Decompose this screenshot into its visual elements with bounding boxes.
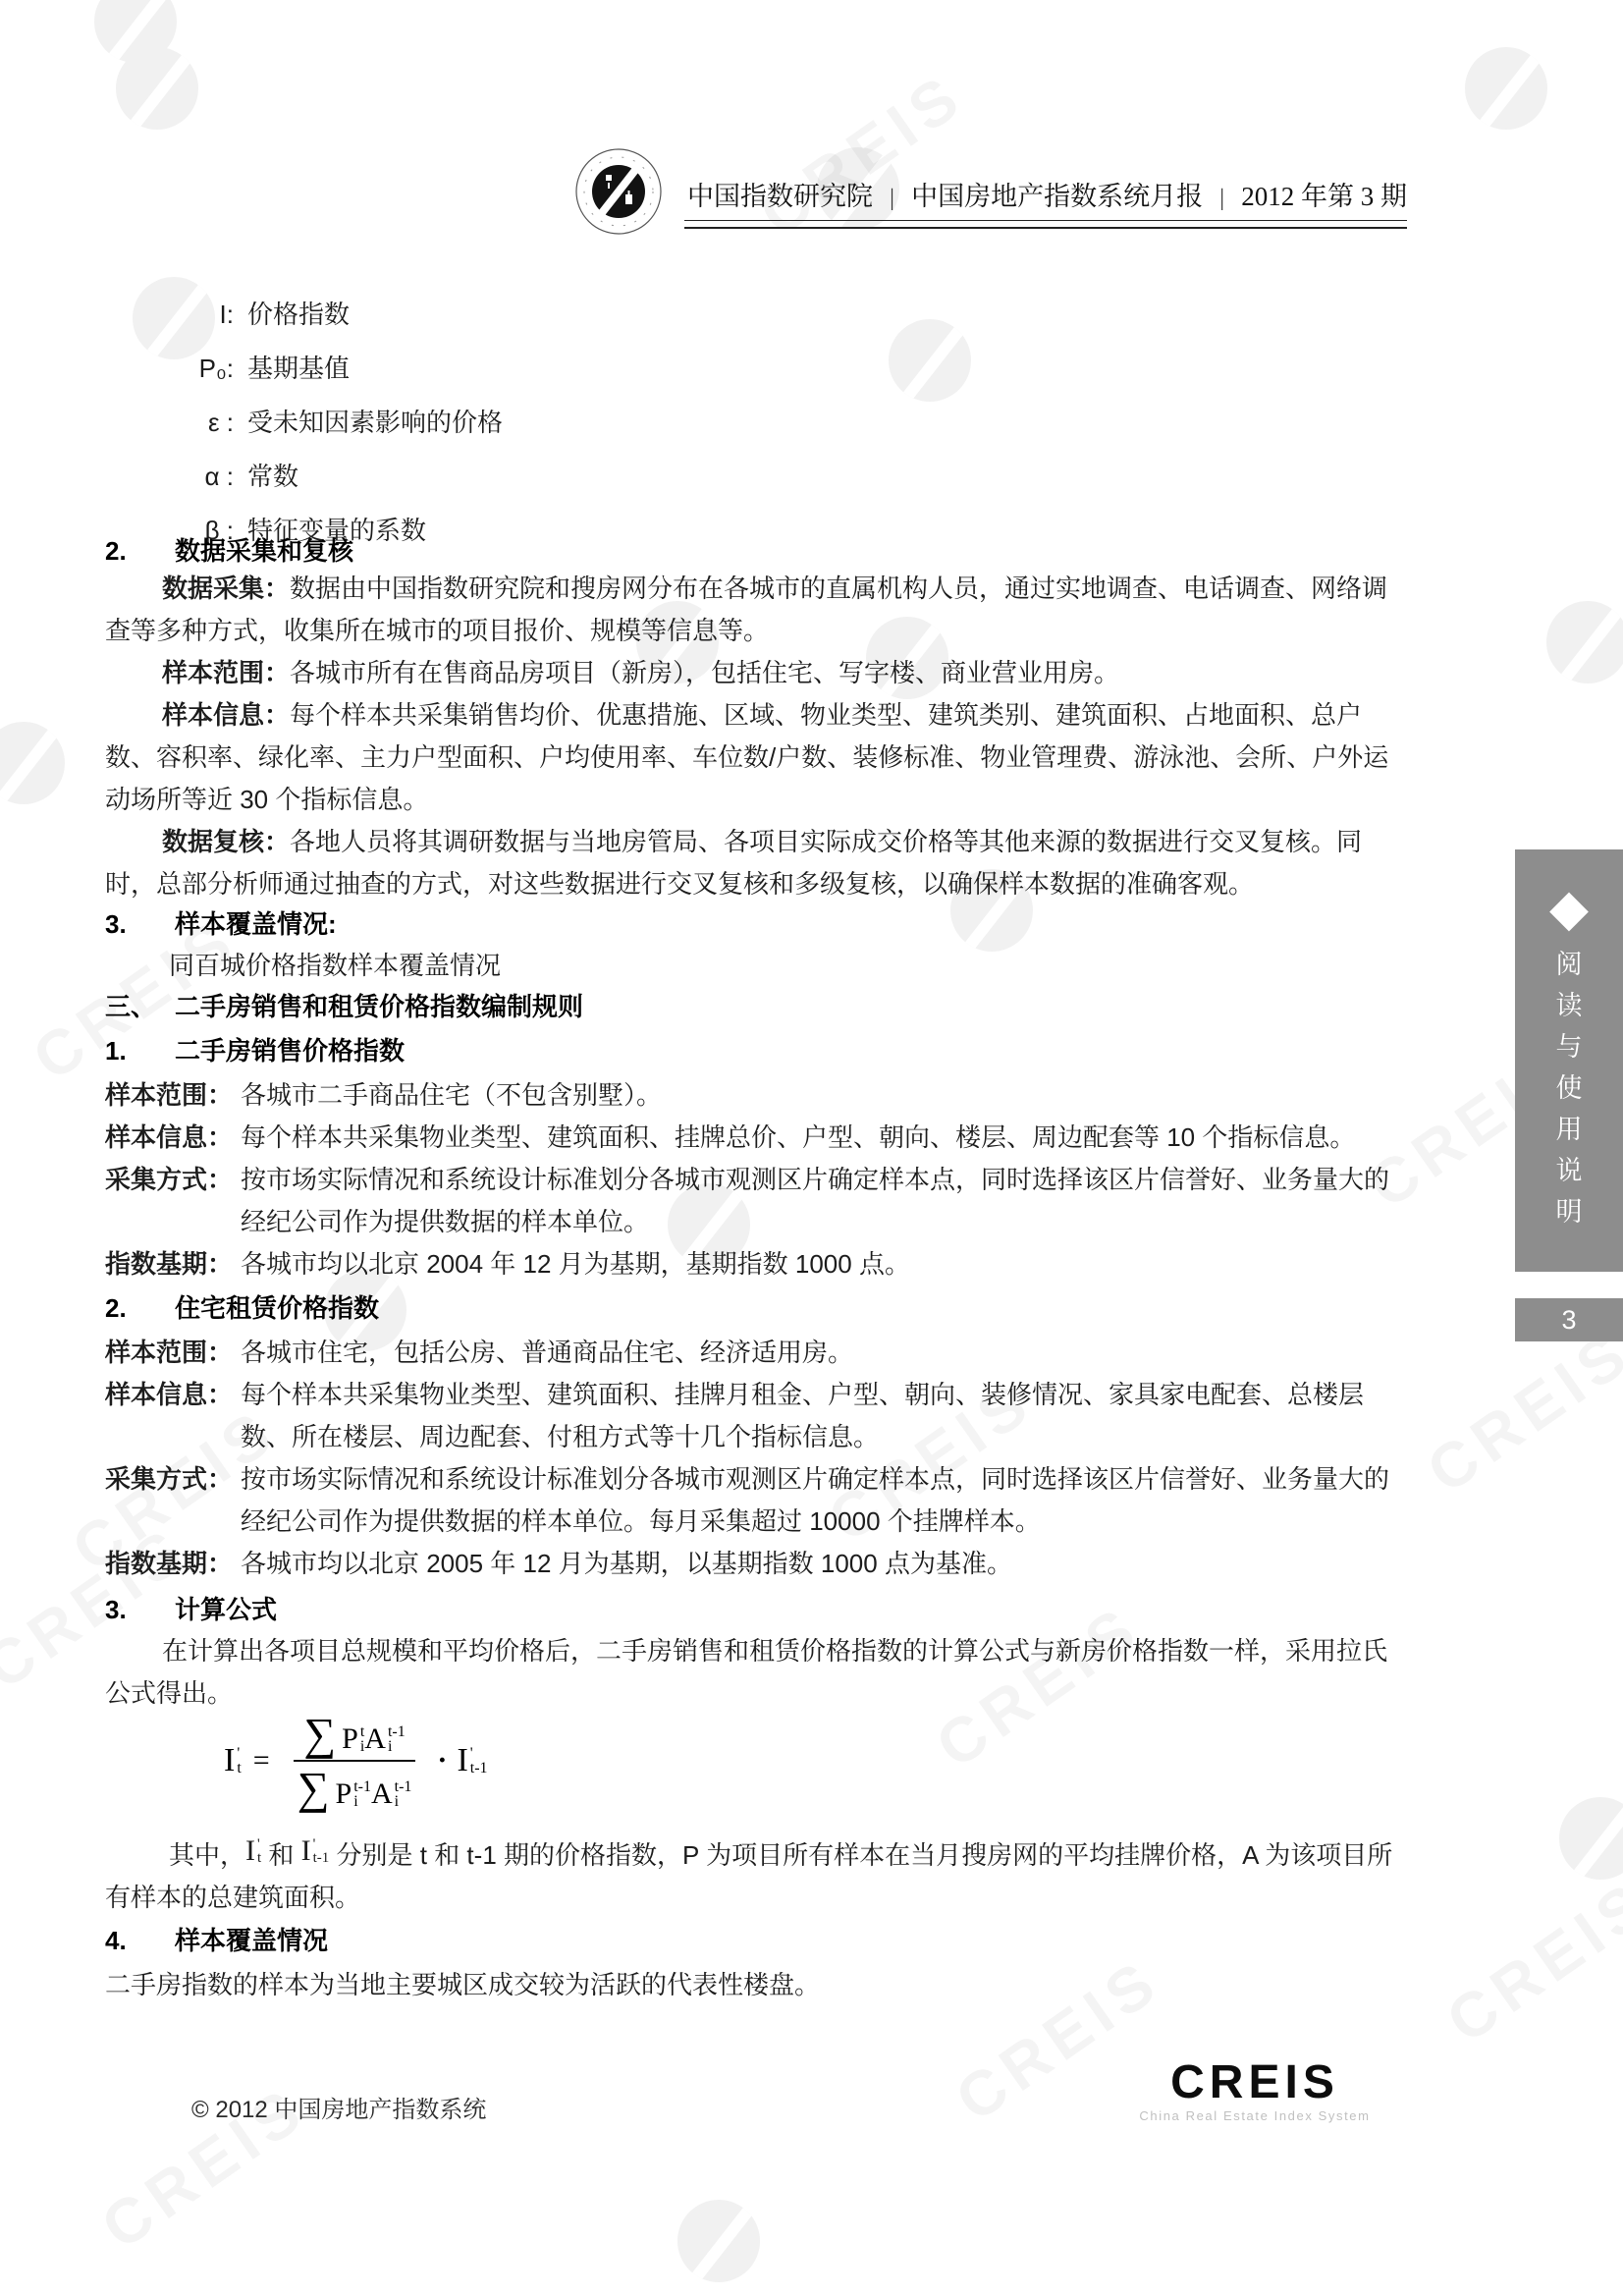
header-rule-thin xyxy=(684,220,1407,221)
document-page: CREIS CREIS CREIS CREIS CREIS CREIS CREI… xyxy=(0,0,1623,2296)
row-label: 采集方式： xyxy=(105,1458,233,1501)
formula-sup: ' xyxy=(257,1837,261,1851)
page-number: 3 xyxy=(1515,1298,1623,1341)
page-number-value: 3 xyxy=(1561,1305,1576,1336)
formula-sub: i xyxy=(353,1794,371,1809)
header-separator: | xyxy=(1219,186,1224,212)
multiplication-dot: · xyxy=(437,1744,447,1777)
row-text: 按市场实际情况和系统设计标准划分各城市观测区片确定样本点，同时选择该区片信誉好、… xyxy=(241,1165,1389,1236)
formula-sup: ' xyxy=(237,1746,241,1761)
heading-coverage: 4.样本覆盖情况 xyxy=(105,1920,1407,1962)
inline-formula-it: I't xyxy=(245,1836,261,1866)
formula-symbol: I xyxy=(301,1836,311,1866)
row-text: 各城市二手商品住宅（不包含别墅）。 xyxy=(241,1080,662,1110)
formula-sup: t-1 xyxy=(353,1779,371,1794)
run-in-label: 数据复核： xyxy=(162,827,290,856)
formula-sub: i xyxy=(388,1739,406,1754)
formula-sub: t-1 xyxy=(470,1761,488,1776)
heading-title: 住宅租赁价格指数 xyxy=(175,1293,379,1323)
heading-title: 二手房销售和租赁价格指数编制规则 xyxy=(175,992,583,1021)
row-sample-range: 样本范围：各城市二手商品住宅（不包含别墅）。 xyxy=(105,1074,1407,1117)
paragraph-text: 和 xyxy=(261,1840,300,1870)
heading-title: 数据采集和复核 xyxy=(175,536,353,566)
creis-ball-icon xyxy=(94,0,177,63)
row-sample-range: 样本范围：各城市住宅，包括公房、普通商品住宅、经济适用房。 xyxy=(105,1332,1407,1374)
row-label: 样本范围： xyxy=(105,1332,233,1374)
heading-rental-index: 2.住宅租赁价格指数 xyxy=(105,1287,1407,1330)
formula-symbol: I xyxy=(245,1836,255,1866)
fraction-denominator: ∑ Pt-1i At-1i xyxy=(288,1762,422,1808)
paragraph-text: 二手房指数的样本为当地主要城区成交较为活跃的代表性楼盘。 xyxy=(105,1970,820,1999)
row-sample-info: 样本信息：每个样本共采集物业类型、建筑面积、挂牌总价、户型、朝向、楼层、周边配套… xyxy=(105,1117,1407,1159)
header-org: 中国指数研究院 xyxy=(687,175,873,213)
watermark-creis-text: CREIS xyxy=(746,58,977,250)
definition-symbol: I: xyxy=(105,288,234,342)
definition-symbol: ε : xyxy=(105,396,234,450)
formula-sup: t-1 xyxy=(388,1724,406,1739)
definition-row: P₀: 基期基值 xyxy=(105,342,503,396)
inline-formula-it1: I't-1 xyxy=(301,1836,330,1866)
header-issue: 2012 年第 3 期 xyxy=(1241,175,1407,213)
side-tab-vertical-label: 阅 读 与 使 用 说 明 xyxy=(1556,950,1583,1228)
formula-sup: ' xyxy=(313,1837,330,1851)
creis-ball-icon xyxy=(1559,1797,1623,1880)
paragraph-text: 各城市所有在售商品房项目（新房），包括住宅、写字楼、商业营业用房。 xyxy=(290,658,1119,687)
header-separator: | xyxy=(890,186,894,212)
paragraph-formula-intro: 在计算出各项目总规模和平均价格后，二手房销售和租赁价格指数的计算公式与新房价格指… xyxy=(105,1630,1407,1715)
side-tab-char: 与 xyxy=(1556,1032,1583,1063)
paragraph-text: 数据由中国指数研究院和搜房网分布在各城市的直属机构人员，通过实地调查、电话调查、… xyxy=(105,574,1387,645)
definition-text: 受未知因素影响的价格 xyxy=(247,396,503,450)
row-text: 各城市均以北京 2005 年 12 月为基期，以基期指数 1000 点为基准。 xyxy=(241,1549,1012,1578)
run-in-label: 数据采集： xyxy=(162,574,290,603)
heading-part3: 三、二手房销售和租赁价格指数编制规则 xyxy=(105,986,1407,1028)
row-index-base-period: 指数基期：各城市均以北京 2005 年 12 月为基期，以基期指数 1000 点… xyxy=(105,1543,1407,1585)
row-text: 每个样本共采集物业类型、建筑面积、挂牌总价、户型、朝向、楼层、周边配套等 10 … xyxy=(241,1122,1355,1152)
formula-sup: t-1 xyxy=(395,1779,412,1794)
paragraph-text: 在计算出各项目总规模和平均价格后，二手房销售和租赁价格指数的计算公式与新房价格指… xyxy=(105,1636,1387,1708)
run-in-label: 样本范围： xyxy=(162,658,290,687)
watermark-creis-text: CREIS xyxy=(1434,1865,1623,2057)
row-label: 样本信息： xyxy=(105,1117,233,1159)
row-label: 指数基期： xyxy=(105,1243,233,1285)
diamond-icon: ◆ xyxy=(1549,883,1589,934)
cia-logo-icon xyxy=(574,147,663,236)
formula-sub: t xyxy=(257,1851,261,1865)
definition-row: I: 价格指数 xyxy=(105,288,503,342)
row-text: 各城市均以北京 2004 年 12 月为基期，基期指数 1000 点。 xyxy=(241,1249,910,1279)
heading-sample-coverage: 3.样本覆盖情况: xyxy=(105,903,1407,946)
row-label: 采集方式： xyxy=(105,1159,233,1201)
creis-ball-icon xyxy=(677,2200,760,2282)
creis-logo: CREIS China Real Estate Index System xyxy=(1127,2058,1382,2123)
heading-number: 三、 xyxy=(105,986,175,1028)
formula-rhs: I 't-1 xyxy=(457,1744,487,1777)
formula-lhs: I 't xyxy=(224,1744,242,1777)
formula-sub: t-1 xyxy=(313,1851,330,1865)
definition-symbol: α : xyxy=(105,450,234,504)
header-rule-thick xyxy=(684,227,1407,229)
row-collection-method: 采集方式：按市场实际情况和系统设计标准划分各城市观测区片确定样本点，同时选择该区… xyxy=(105,1159,1407,1243)
side-tab-reading-instructions: ◆ 阅 读 与 使 用 说 明 xyxy=(1515,849,1623,1272)
run-in-label: 样本信息： xyxy=(162,700,290,730)
row-label: 指数基期： xyxy=(105,1543,233,1585)
heading-number: 3. xyxy=(105,1589,175,1631)
paragraph-formula-explanation: 其中，I't 和 I't-1 分别是 t 和 t-1 期的价格指数，P 为项目所… xyxy=(105,1834,1407,1919)
formula-symbol: P xyxy=(336,1779,352,1809)
creis-logo-text: CREIS xyxy=(1127,2058,1382,2107)
heading-number: 3. xyxy=(105,903,175,946)
formula-sub: t xyxy=(237,1761,241,1776)
creis-ball-icon xyxy=(1465,47,1547,130)
formula-fraction: ∑ Pti At-1i ∑ Pt-1i At-1i xyxy=(288,1714,422,1809)
formula-symbol: I xyxy=(457,1744,467,1777)
heading-number: 2. xyxy=(105,1287,175,1330)
sigma-symbol: ∑ xyxy=(303,1714,336,1754)
creis-ball-icon xyxy=(889,319,971,402)
definition-symbol: P₀: xyxy=(105,342,234,396)
creis-ball-icon xyxy=(116,47,198,130)
paragraph-data-review: 数据复核：各地人员将其调研数据与当地房管局、各项目实际成交价格等其他来源的数据进… xyxy=(105,821,1407,905)
heading-title: 二手房销售价格指数 xyxy=(175,1036,405,1066)
heading-resale-index: 1.二手房销售价格指数 xyxy=(105,1030,1407,1072)
formula-sup: ' xyxy=(470,1746,488,1761)
row-sample-info: 样本信息：每个样本共采集物业类型、建筑面积、挂牌月租金、户型、朝向、装修情况、家… xyxy=(105,1374,1407,1458)
paragraph-text: 同百城价格指数样本覆盖情况 xyxy=(169,951,501,980)
heading-title: 样本覆盖情况: xyxy=(175,909,337,939)
row-text: 按市场实际情况和系统设计标准划分各城市观测区片确定样本点，同时选择该区片信誉好、… xyxy=(241,1464,1389,1536)
formula-sub: i xyxy=(395,1794,412,1809)
heading-calculation-formula: 3.计算公式 xyxy=(105,1589,1407,1631)
symbol-definitions: I: 价格指数 P₀: 基期基值 ε : 受未知因素影响的价格 α : 常数 β… xyxy=(105,288,503,558)
side-tab-char: 说 xyxy=(1556,1156,1583,1186)
watermark-creis-text: CREIS xyxy=(1414,1315,1623,1507)
definition-text: 价格指数 xyxy=(247,288,350,342)
definition-row: α : 常数 xyxy=(105,450,503,504)
row-label: 样本范围： xyxy=(105,1074,233,1117)
header-title-bar: 中国指数研究院 | 中国房地产指数系统月报 | 2012 年第 3 期 xyxy=(687,175,1407,213)
side-tab-char: 读 xyxy=(1556,991,1583,1021)
header-report-name: 中国房地产指数系统月报 xyxy=(911,175,1203,213)
side-tab-char: 用 xyxy=(1556,1115,1583,1145)
heading-number: 4. xyxy=(105,1920,175,1962)
side-tab-char: 明 xyxy=(1556,1197,1583,1228)
heading-title: 样本覆盖情况 xyxy=(175,1926,328,1955)
formula-symbol: I xyxy=(224,1744,235,1777)
definition-row: ε : 受未知因素影响的价格 xyxy=(105,396,503,450)
formula-symbol: P xyxy=(342,1724,358,1754)
row-label: 样本信息： xyxy=(105,1374,233,1416)
formula-symbol: A xyxy=(364,1724,386,1754)
row-text: 每个样本共采集物业类型、建筑面积、挂牌月租金、户型、朝向、装修情况、家具家电配套… xyxy=(241,1380,1364,1451)
sigma-symbol: ∑ xyxy=(298,1768,330,1808)
creis-ball-icon xyxy=(1546,601,1623,683)
paragraph-sample-info: 样本信息：每个样本共采集销售均价、优惠措施、区域、物业类型、建筑类别、建筑面积、… xyxy=(105,694,1407,821)
paragraph-coverage-note: 同百城价格指数样本覆盖情况 xyxy=(105,945,1471,987)
heading-number: 2. xyxy=(105,530,175,573)
row-collection-method: 采集方式：按市场实际情况和系统设计标准划分各城市观测区片确定样本点，同时选择该区… xyxy=(105,1458,1407,1543)
side-tab-char: 阅 xyxy=(1556,950,1583,980)
definition-text: 基期基值 xyxy=(247,342,350,396)
paragraph-text: 每个样本共采集销售均价、优惠措施、区域、物业类型、建筑类别、建筑面积、占地面积、… xyxy=(105,700,1388,814)
laspeyres-formula: I 't = ∑ Pti At-1i ∑ Pt-1i At-1i · I 't-… xyxy=(224,1714,488,1809)
row-index-base-period: 指数基期：各城市均以北京 2004 年 12 月为基期，基期指数 1000 点。 xyxy=(105,1243,1407,1285)
paragraph-text: 各地人员将其调研数据与当地房管局、各项目实际成交价格等其他来源的数据进行交叉复核… xyxy=(105,827,1362,899)
paragraph-coverage: 二手房指数的样本为当地主要城区成交较为活跃的代表性楼盘。 xyxy=(105,1964,1407,2006)
heading-number: 1. xyxy=(105,1030,175,1072)
row-text: 各城市住宅，包括公房、普通商品住宅、经济适用房。 xyxy=(241,1338,853,1367)
formula-symbol: A xyxy=(371,1779,393,1809)
heading-data-collection: 2.数据采集和复核 xyxy=(105,530,1407,573)
copyright-notice: © 2012 中国房地产指数系统 xyxy=(191,2090,486,2124)
creis-ball-icon xyxy=(0,722,65,804)
heading-title: 计算公式 xyxy=(175,1595,277,1624)
creis-logo-subtitle: China Real Estate Index System xyxy=(1127,2108,1382,2123)
paragraph-data-collection: 数据采集：数据由中国指数研究院和搜房网分布在各城市的直属机构人员，通过实地调查、… xyxy=(105,568,1407,652)
equals-sign: = xyxy=(253,1744,270,1777)
cia-logo xyxy=(574,147,663,241)
side-tab-char: 使 xyxy=(1556,1073,1583,1104)
fraction-numerator: ∑ Pti At-1i xyxy=(294,1714,414,1762)
definition-text: 常数 xyxy=(247,450,298,504)
paragraph-sample-range: 样本范围：各城市所有在售商品房项目（新房），包括住宅、写字楼、商业营业用房。 xyxy=(105,652,1407,694)
paragraph-text: 其中， xyxy=(169,1840,245,1870)
